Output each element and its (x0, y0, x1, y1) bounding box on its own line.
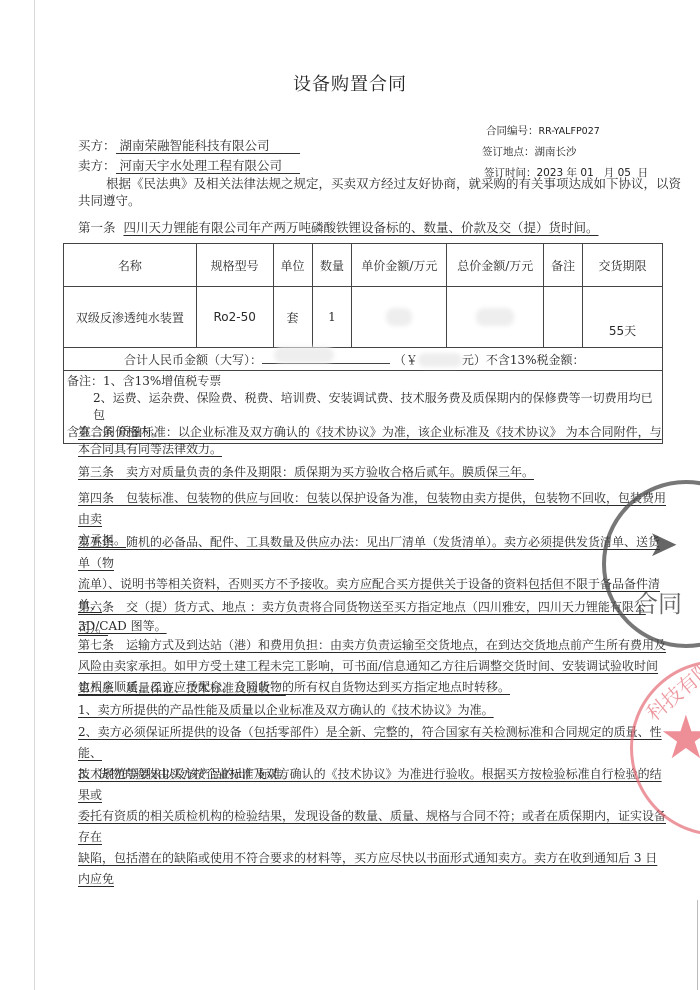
table-header-row: 名称 规格型号 单位 数量 单价金额/万元 总价金额/万元 备注 交货期限 (64, 244, 663, 287)
clause-line: 3、货物的验收由买方按企业标准及双方确认的《技术协议》为准进行验收。根据买方按检… (78, 764, 668, 806)
buyer-name: 湖南荣融智能科技有限公司 (116, 138, 300, 154)
clause-line: 第四条 包装标准、包装物的供应与回收：包装以保护设备为准，包装物由卖方提供，包装… (78, 488, 668, 530)
page-edge (34, 0, 35, 990)
clause-line: 缺陷，包括潜在的缺陷或使用不符合要求的材料等，买方应尽快以书面形式通知卖方。卖方… (78, 848, 668, 890)
note-2: 2、运费、运杂费、保险费、税费、培训费、安装调试费、技术服务费及质保期内的保修费… (67, 390, 659, 424)
buyer-label: 买方： (78, 138, 116, 153)
signing-place-label: 签订地点： (482, 146, 535, 158)
clause-line: 2、卖方必须保证所提供的设备（包括零部件）是全新、完整的，符合国家有关检测标准和… (78, 722, 668, 764)
column-header: 备注 (544, 244, 583, 287)
item-unit: 套 (273, 287, 312, 348)
seller-name: 河南天宇水处理工程有限公司 (116, 158, 300, 174)
total-amount: 合计人民币金额（大写）： （￥元）不含13%税金额： (64, 348, 663, 371)
clause-line: 第八条 质量保证、技术标准及验收 ： (78, 678, 668, 699)
column-header: 名称 (64, 244, 197, 287)
clause-line: 第七条 运输方式及到达站（港）和费用负担：由卖方负责运输至交货地点，在到达交货地… (78, 635, 668, 656)
seller: 卖方：河南天宇水处理工程有限公司 (78, 156, 300, 174)
total-row: 合计人民币金额（大写）： （￥元）不含13%税金额： (64, 348, 663, 371)
intro-line-2: 共同遵守。 (78, 192, 141, 209)
clause-line: 1、卖方所提供的产品性能及质量以企业标准及双方确认的《技术协议》为准。 (78, 700, 668, 721)
stamp-text: 合同 (634, 584, 682, 619)
signing-place-value: 湖南长沙 (535, 146, 577, 158)
signing-place: 签订地点：湖南长沙 (482, 144, 577, 159)
item-name: 双级反渗透纯水装置 (64, 287, 197, 348)
column-header: 交货期限 (583, 244, 663, 287)
page-edge (697, 900, 698, 990)
contract-number-value: RR-YALFP027 (539, 126, 600, 137)
intro-line-1: 根据《民法典》及相关法律法规之规定，买卖双方经过友好协商，就采购的有关事项达成如… (106, 175, 686, 192)
note-1: 备注：1、含13%增值税专票 (67, 373, 659, 390)
buyer: 买方：湖南荣融智能科技有限公司 (78, 136, 300, 154)
contract-number: 合同编号：RR-YALFP027 (486, 123, 600, 138)
table-row: 双级反渗透纯水装置 Ro2-50 套 1 55天 (64, 287, 663, 348)
clause: 第三条 卖方对质量负责的条件及期限：质保期为买方验收合格后贰年。膜质保三年。 (78, 464, 668, 481)
clause-line: 第二条 质量标准：以企业标准及双方确认的《技术协议》为准，该企业标准及《技术协议… (78, 424, 668, 441)
stamp-star-icon: ➤ (648, 524, 678, 565)
column-header: 总价金额/万元 (447, 244, 544, 287)
column-header: 数量 (312, 244, 352, 287)
item-model: Ro2-50 (196, 287, 273, 348)
clause: 第六条 交（提）货方式、地点 ：卖方负责将合同货物送至买方指定地点（四川雅安，四… (78, 597, 668, 639)
clause-line: 风险由卖家承担。如甲方受土建工程未完工影响，可书面/信息通知乙方往后调整交货时间… (78, 656, 668, 677)
clause-line: 本合同具有同等法律效力。 (78, 441, 668, 458)
total-label: 合计人民币金额（大写）： (124, 353, 262, 367)
clause-line: 第五条 随机的必备品、配件、工具数量及供应办法：见出厂清单（发货清单）。卖方必须… (78, 532, 668, 574)
clause-line: 委托有资质的相关质检机构的检验结果，发现设备的数量、质量、规格与合同不符；或者在… (78, 806, 668, 848)
total-yen-suffix: 元）不含13%税金额： (462, 353, 585, 367)
item-remark (544, 287, 583, 348)
item-qty: 1 (312, 287, 352, 348)
column-header: 单价金额/万元 (352, 244, 447, 287)
item-delivery: 55天 (583, 287, 663, 348)
contract-number-label: 合同编号： (486, 125, 539, 137)
item-total-price-redacted (447, 287, 544, 348)
document-title: 设备购置合同 (0, 70, 700, 96)
column-header: 单位 (273, 244, 312, 287)
seller-label: 卖方： (78, 158, 116, 173)
clause: 3、货物的验收由买方按企业标准及双方确认的《技术协议》为准进行验收。根据买方按检… (78, 764, 668, 890)
clause-1-heading: 第一条 四川天力锂能有限公司年产两万吨磷酸铁锂设备标的、数量、价款及交（提）货时… (78, 219, 598, 236)
clause-line: 第三条 卖方对质量负责的条件及期限：质保期为买方验收合格后贰年。膜质保三年。 (78, 464, 668, 481)
clause: 第二条 质量标准：以企业标准及双方确认的《技术协议》为准，该企业标准及《技术协议… (78, 424, 668, 458)
clause: 1、卖方所提供的产品性能及质量以企业标准及双方确认的《技术协议》为准。 (78, 700, 668, 721)
total-yen-prefix: （￥ (394, 353, 418, 367)
total-amount-redacted (262, 353, 390, 364)
goods-table: 名称 规格型号 单位 数量 单价金额/万元 总价金额/万元 备注 交货期限 双级… (63, 243, 663, 444)
clause-1-text: 四川天力锂能有限公司年产两万吨磷酸铁锂设备标的、数量、价款及交（提）货时间。 (123, 220, 598, 235)
column-header: 规格型号 (196, 244, 273, 287)
clause-line: 第六条 交（提）货方式、地点 ：卖方负责将合同货物送至买方指定地点（四川雅安，四… (78, 597, 668, 639)
item-unit-price-redacted (352, 287, 447, 348)
clause-1-label: 第一条 (78, 220, 116, 235)
clause: 第八条 质量保证、技术标准及验收 ： (78, 678, 668, 699)
